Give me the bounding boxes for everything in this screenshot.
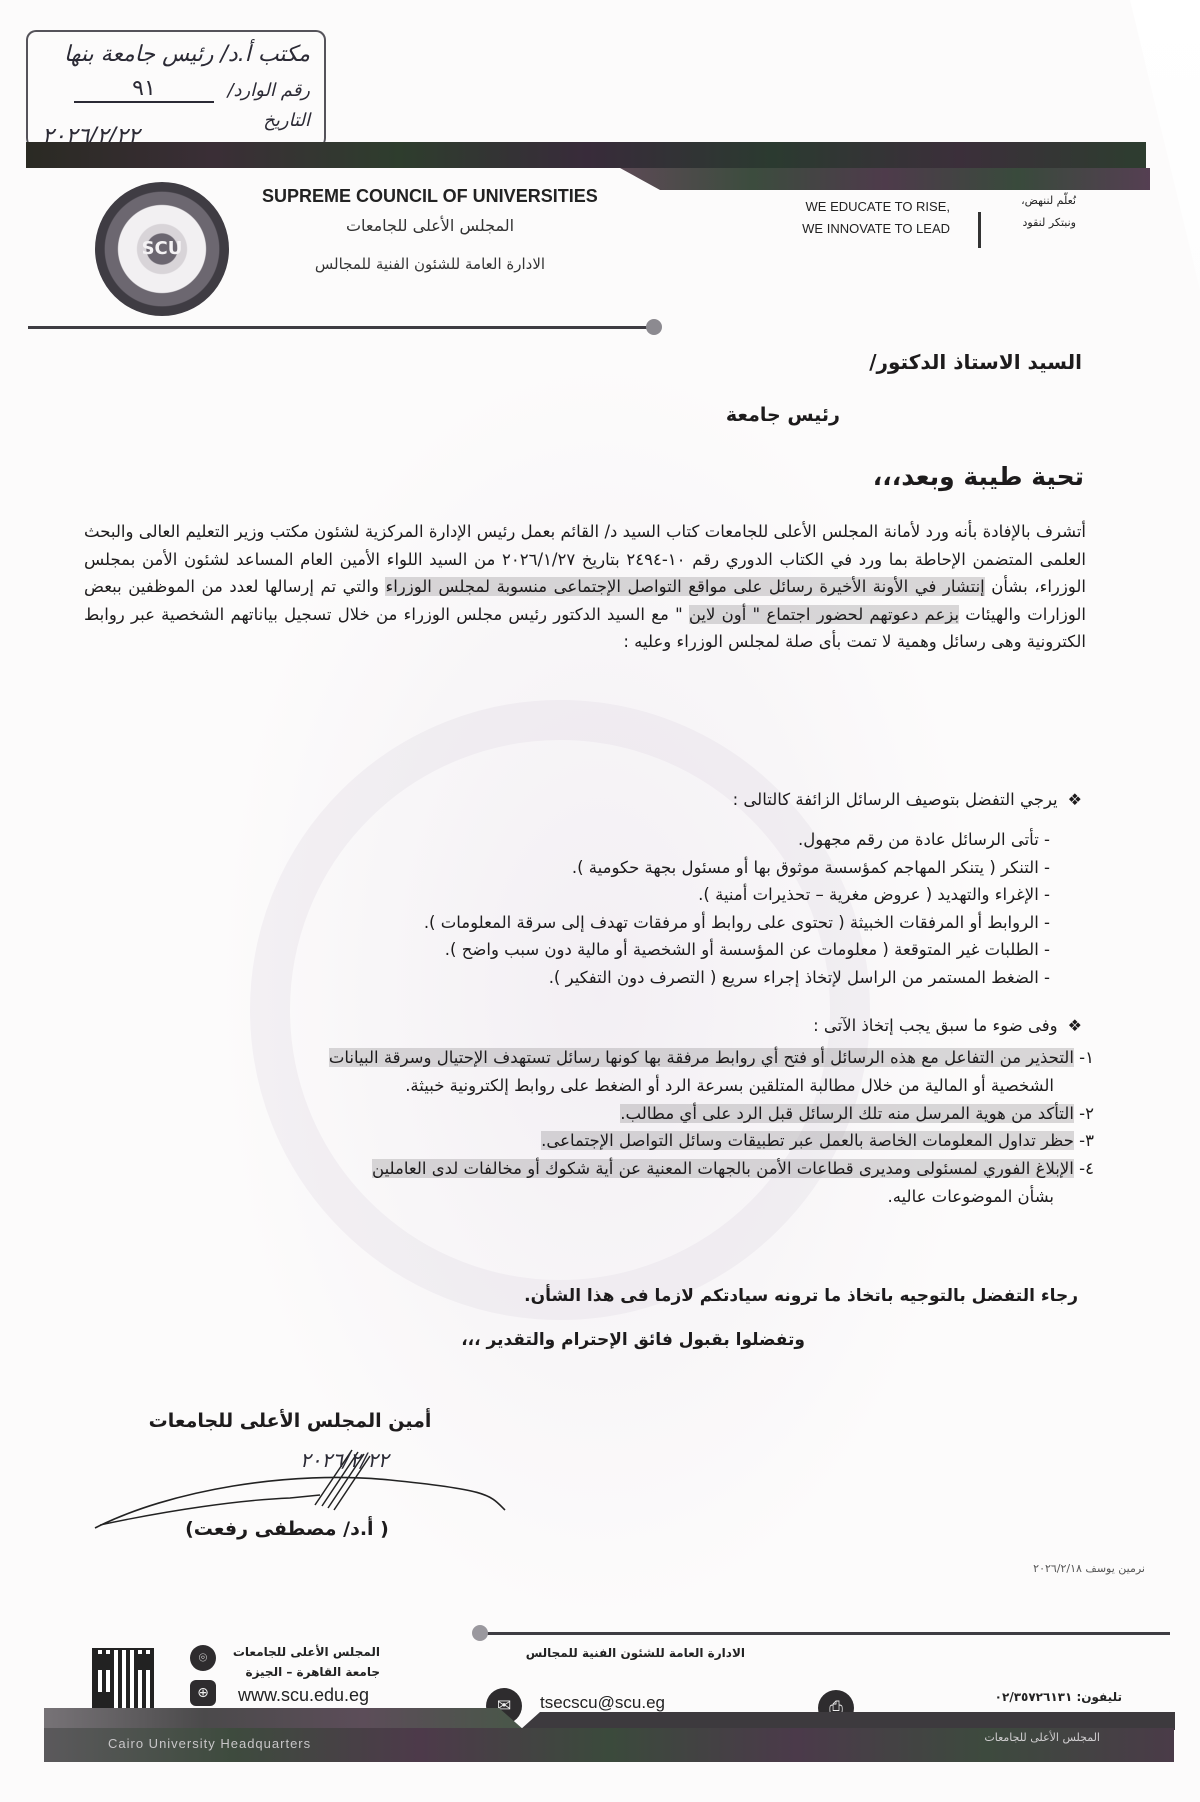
list-item: - الضغط المستمر من الراسل لإتخاذ إجراء س… xyxy=(424,964,1050,992)
fake-message-traits-list: - تأتى الرسائل عادة من رقم مجهول. - التن… xyxy=(424,826,1050,991)
list-item-continuation: الشخصية أو المالية من خلال مطالبة المتلق… xyxy=(84,1072,1094,1100)
footer-bar-text-ar: المجلس الأعلى للجامعات xyxy=(984,1731,1100,1744)
list-item: ٣- حظر تداول المعلومات الخاصة بالعمل عبر… xyxy=(84,1127,1094,1155)
footer-department: الادارة العامة للشئون الفنية للمجالس xyxy=(515,1646,745,1660)
slogan-ar-line2: ونبتكر لنقود xyxy=(996,212,1076,234)
header-divider xyxy=(28,326,653,329)
section-heading-text: يرجي التفضل بتوصيف الرسائل الزائفة كالتا… xyxy=(733,790,1058,809)
footer-bar-accent xyxy=(44,1708,524,1730)
department-name: الادارة العامة للشئون الفنية للمجالس xyxy=(270,255,590,273)
signatory-title: أمين المجلس الأعلى للجامعات xyxy=(130,1410,450,1432)
stamp-number: ٩١ xyxy=(74,76,214,103)
paper-fold xyxy=(1060,0,1200,1802)
footer-email-link[interactable]: tsecscu@scu.eg xyxy=(540,1693,665,1713)
footer-phone: تليفون: ٠٢/٣٥٧٢٦١٣١ xyxy=(862,1690,1122,1704)
closing-request: رجاء التفضل بالتوجيه باتخاذ ما ترونه سيا… xyxy=(524,1286,1078,1306)
slogan-ar-line1: نُعلّم لننهض، xyxy=(996,190,1076,212)
action-items-list: ١- التحذير من التفاعل مع هذه الرسائل أو … xyxy=(84,1044,1094,1211)
highlighted-text: بزعم دعوتهم لحضور اجتماع " أون لاين xyxy=(689,605,959,624)
divider-ornament xyxy=(646,319,662,335)
slogan-divider xyxy=(978,212,981,248)
footer-website-link[interactable]: www.scu.edu.eg xyxy=(238,1685,369,1706)
list-item: ٤- الإبلاغ الفوري لمسئولى ومديرى قطاعات … xyxy=(84,1155,1094,1183)
addressee-title: رئيس جامعة xyxy=(726,404,840,426)
incoming-stamp: مكتب أ.د/ رئيس جامعة بنها رقم الوارد/ ٩١… xyxy=(26,30,326,148)
addressee: السيد الاستاذ الدكتور/ xyxy=(869,350,1082,374)
section2-heading: ❖ وفى ضوء ما سبق يجب إتخاذ الآتى : xyxy=(813,1016,1082,1035)
slogan-en-line1: WE EDUCATE TO RISE, xyxy=(778,196,950,218)
list-item: - تأتى الرسائل عادة من رقم مجهول. xyxy=(424,826,1050,854)
logo-text: SCU xyxy=(95,238,229,259)
globe-icon: ⊕ xyxy=(190,1680,216,1706)
typist-note: نرمين يوسف ٢٠٢٦/٢/١٨ xyxy=(1033,1562,1145,1575)
divider-ornament xyxy=(472,1625,488,1641)
item-text: الإبلاغ الفوري لمسئولى ومديرى قطاعات الأ… xyxy=(372,1159,1074,1178)
footer-address-line1: المجلس الأعلى للجامعات xyxy=(230,1645,380,1659)
closing-regards: وتفضلوا بقبول فائق الإحترام والتقدير ،،، xyxy=(461,1330,805,1350)
qr-code-icon[interactable] xyxy=(92,1648,154,1710)
org-name-ar: المجلس الأعلى للجامعات xyxy=(270,216,590,235)
footer-bar-text-en: Cairo University Headquarters xyxy=(108,1736,311,1751)
item-text: التأكد من هوية المرسل منه تلك الرسائل قب… xyxy=(620,1104,1074,1123)
stamp-date-label: التاريخ xyxy=(263,110,310,131)
greeting: تحية طيبة وبعد،،، xyxy=(873,462,1084,491)
highlighted-text: إنتشار في الأونة الأخيرة رسائل على مواقع… xyxy=(385,577,984,596)
list-item: ١- التحذير من التفاعل مع هذه الرسائل أو … xyxy=(84,1044,1094,1072)
item-number: ١- xyxy=(1079,1048,1094,1067)
slogan-ar: نُعلّم لننهض، ونبتكر لنقود xyxy=(996,190,1076,234)
signature-date: ٢٠٢٦/٢/٢٢ xyxy=(300,1448,389,1472)
list-item: - التنكر ( يتنكر المهاجم كمؤسسة موثوق به… xyxy=(424,854,1050,882)
slogan-en-line2: WE INNOVATE TO LEAD xyxy=(778,218,950,240)
item-text: التحذير من التفاعل مع هذه الرسائل أو فتح… xyxy=(329,1048,1074,1067)
footer-address-line2: جامعة القاهرة – الجيزة xyxy=(230,1665,380,1679)
signatory-name: ( أ.د/ مصطفى رفعت) xyxy=(172,1518,402,1540)
stamp-number-label: رقم الوارد/ xyxy=(227,80,310,101)
item-number: ٤- xyxy=(1079,1159,1094,1178)
header-bar-accent xyxy=(620,168,1150,190)
letter-page: مكتب أ.د/ رئيس جامعة بنها رقم الوارد/ ٩١… xyxy=(0,0,1200,1802)
location-pin-icon: ⌾ xyxy=(190,1645,216,1671)
org-name-en: SUPREME COUNCIL OF UNIVERSITIES xyxy=(262,186,598,207)
item-number: ٣- xyxy=(1079,1131,1094,1150)
phone-label: تليفون: xyxy=(1076,1690,1122,1704)
section-heading-text: وفى ضوء ما سبق يجب إتخاذ الآتى : xyxy=(813,1016,1058,1035)
scu-logo: SCU xyxy=(95,182,229,316)
phone-number: ٠٢/٣٥٧٢٦١٣١ xyxy=(995,1690,1073,1704)
list-item: - الإغراء والتهديد ( عروض مغرية – تحذيرا… xyxy=(424,881,1050,909)
stamp-office: مكتب أ.د/ رئيس جامعة بنها xyxy=(64,42,310,67)
header-bar xyxy=(26,142,1146,168)
item-text: حظر تداول المعلومات الخاصة بالعمل عبر تط… xyxy=(541,1131,1074,1150)
list-item: ٢- التأكد من هوية المرسل منه تلك الرسائل… xyxy=(84,1100,1094,1128)
diamond-bullet-icon: ❖ xyxy=(1068,790,1082,809)
body-paragraph: أتشرف بالإفادة بأنه ورد لأمانة المجلس ال… xyxy=(84,518,1086,656)
list-item: - الروابط أو المرفقات الخبيثة ( تحتوى عل… xyxy=(424,909,1050,937)
item-number: ٢- xyxy=(1079,1104,1094,1123)
section1-heading: ❖ يرجي التفضل بتوصيف الرسائل الزائفة كال… xyxy=(733,790,1082,809)
footer-divider xyxy=(480,1632,1170,1635)
diamond-bullet-icon: ❖ xyxy=(1068,1016,1082,1035)
slogan-en: WE EDUCATE TO RISE, WE INNOVATE TO LEAD xyxy=(778,196,950,240)
list-item: - الطلبات غير المتوقعة ( معلومات عن المؤ… xyxy=(424,936,1050,964)
list-item-continuation: بشأن الموضوعات عاليه. xyxy=(84,1183,1094,1211)
